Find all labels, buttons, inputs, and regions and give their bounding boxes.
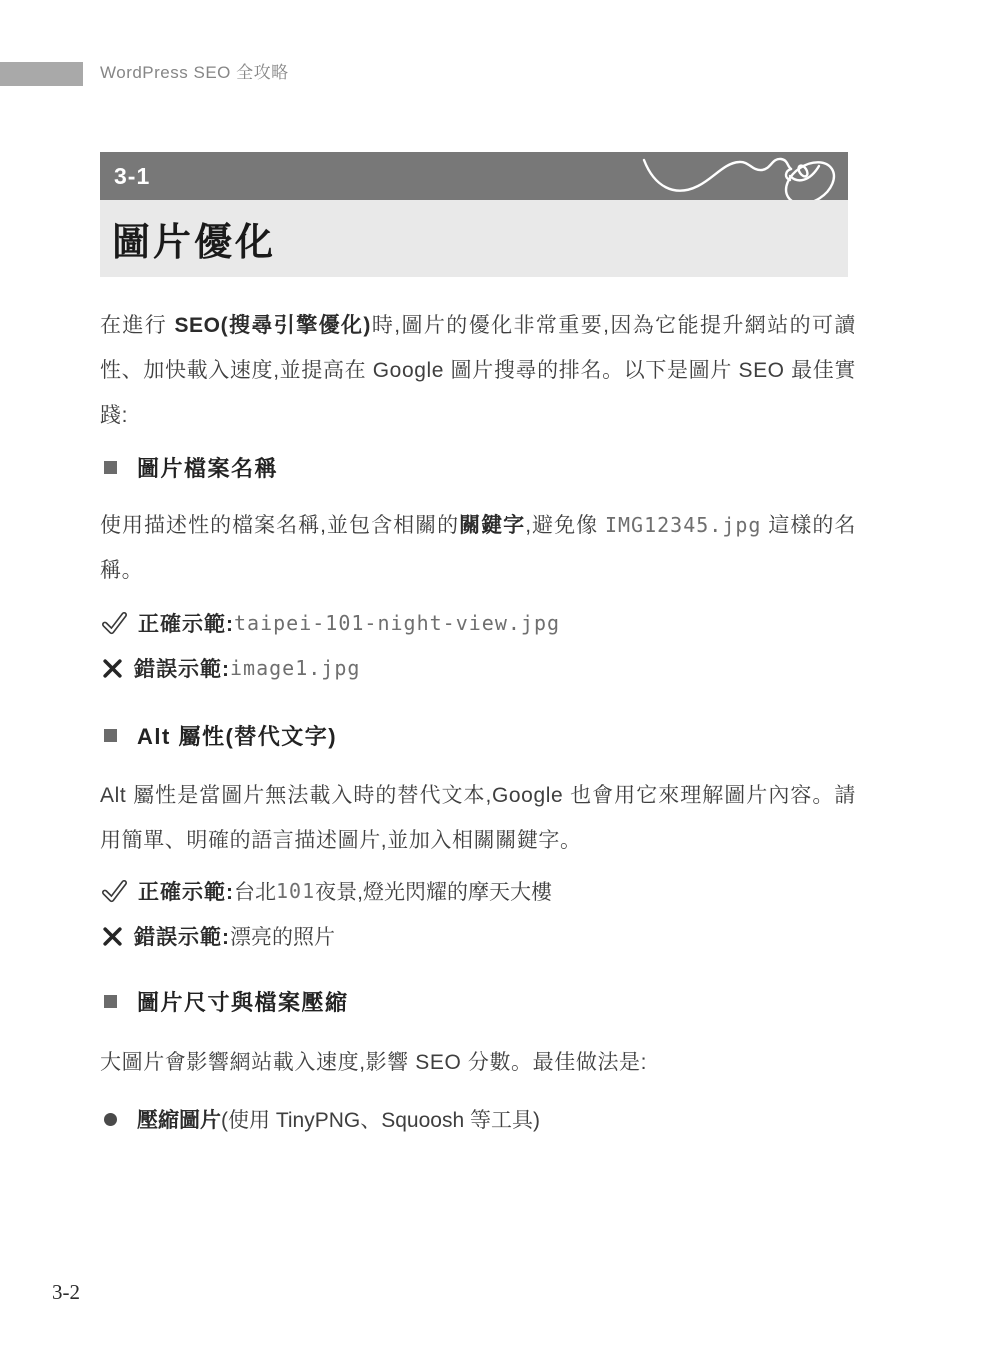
section-title: 圖片檔案名稱 (137, 452, 278, 483)
bullet-bold-text: 壓縮圖片 (137, 1104, 221, 1134)
section-header-compression: 圖片尺寸與檔案壓縮 (100, 986, 349, 1016)
section-number-banner: 3-1 (100, 152, 848, 200)
bad-example-row: 錯誤示範: image1.jpg (100, 653, 360, 683)
good-example-value: taipei-101-night-view.jpg (234, 611, 560, 635)
square-bullet-icon (104, 461, 117, 474)
bullet-text: (使用 TinyPNG、Squoosh 等工具) (221, 1104, 540, 1134)
section-body-compression: 大圖片會影響網站載入速度,影響 SEO 分數。最佳做法是: (100, 1040, 856, 1085)
section-title: Alt 屬性(替代文字) (137, 720, 337, 751)
body-text: Alt 屬性是當圖片無法載入時的替代文本,Google 也會用它來理解圖片內容。… (100, 784, 856, 852)
bad-example-value: image1.jpg (230, 656, 360, 680)
square-bullet-icon (104, 995, 117, 1008)
section-number: 3-1 (100, 163, 150, 190)
section-header-alt: Alt 屬性(替代文字) (100, 720, 337, 750)
good-example-row: 正確示範: taipei-101-night-view.jpg (100, 608, 560, 638)
good-example-row: 正確示範: 台北 101 夜景,燈光閃耀的摩天大樓 (100, 876, 552, 906)
check-icon (102, 611, 127, 636)
bad-example-label: 錯誤示範: (134, 921, 230, 951)
section-body-file-name: 使用描述性的檔案名稱,並包含相關的關鍵字,避免像 IMG12345.jpg 這樣… (100, 503, 856, 593)
running-header-title: WordPress SEO 全攻略 (100, 60, 289, 86)
good-example-code: 101 (276, 879, 315, 903)
body-bold-text: 關鍵字 (459, 514, 525, 537)
dot-bullet-icon (104, 1113, 117, 1126)
section-title: 圖片尺寸與檔案壓縮 (137, 986, 349, 1017)
good-example-label: 正確示範: (138, 608, 234, 638)
section-body-alt: Alt 屬性是當圖片無法載入時的替代文本,Google 也會用它來理解圖片內容。… (100, 773, 856, 863)
list-item: 壓縮圖片 (使用 TinyPNG、Squoosh 等工具) (100, 1104, 540, 1134)
mouse-icon (638, 152, 848, 200)
check-icon (102, 879, 127, 904)
good-example-value-cont: 夜景,燈光閃耀的摩天大樓 (315, 876, 552, 906)
intro-text: 在進行 (100, 314, 174, 337)
square-bullet-icon (104, 729, 117, 742)
body-text: ,避免像 (525, 514, 605, 537)
body-text: 使用描述性的檔案名稱,並包含相關的 (100, 514, 459, 537)
good-example-value: 台北 (234, 876, 276, 906)
code-text: IMG12345.jpg (605, 513, 762, 537)
header-accent-bar (0, 62, 83, 86)
bad-example-value: 漂亮的照片 (230, 921, 335, 951)
intro-bold-text: SEO(搜尋引擎優化) (174, 314, 371, 337)
page-number: 3-2 (52, 1280, 80, 1305)
good-example-label: 正確示範: (138, 876, 234, 906)
cross-icon (102, 658, 123, 679)
intro-paragraph: 在進行 SEO(搜尋引擎優化)時,圖片的優化非常重要,因為它能提升網站的可讀性、… (100, 303, 856, 438)
chapter-title: 圖片優化 (100, 211, 276, 266)
bad-example-label: 錯誤示範: (134, 653, 230, 683)
body-text: 大圖片會影響網站載入速度,影響 SEO 分數。最佳做法是: (100, 1051, 647, 1074)
cross-icon (102, 926, 123, 947)
bad-example-row: 錯誤示範: 漂亮的照片 (100, 921, 335, 951)
section-header-file-name: 圖片檔案名稱 (100, 452, 278, 482)
chapter-title-banner: 圖片優化 (100, 200, 848, 277)
